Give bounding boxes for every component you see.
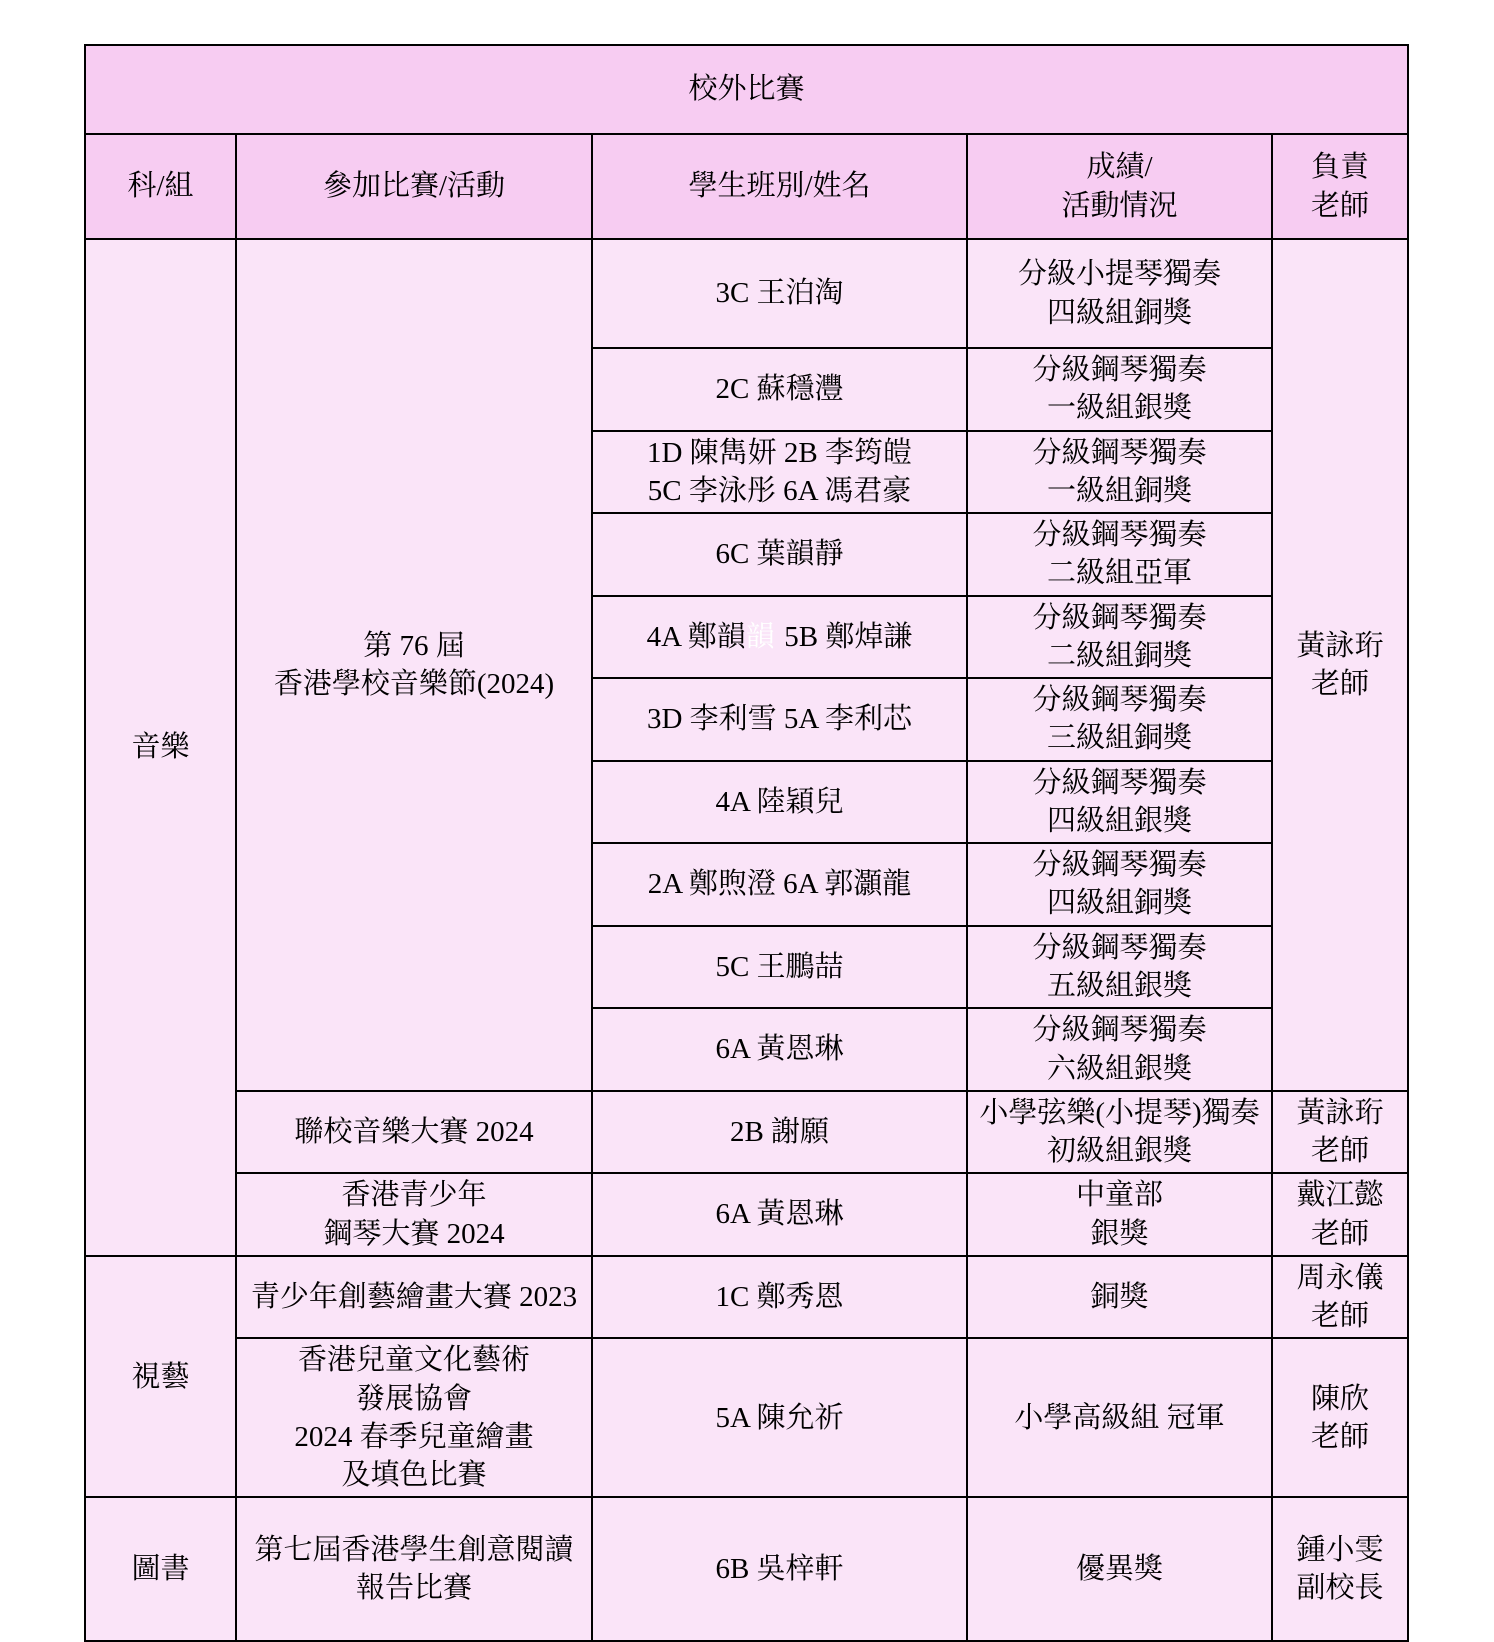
students-cell: 6A 黃恩琳 bbox=[592, 1008, 967, 1091]
activity-cell-creative-reading: 第七屆香港學生創意閱讀 報告比賽 bbox=[236, 1497, 592, 1641]
students-cell: 6B 吳梓軒 bbox=[592, 1497, 967, 1641]
result-cell: 分級鋼琴獨奏 二級組亞軍 bbox=[967, 513, 1272, 596]
teacher-cell: 戴江懿 老師 bbox=[1272, 1173, 1408, 1256]
activity-cell-joint-school-music: 聯校音樂大賽 2024 bbox=[236, 1091, 592, 1174]
result-cell: 小學弦樂(小提琴)獨奏 初級組銀獎 bbox=[967, 1091, 1272, 1174]
subject-cell-visual-arts: 視藝 bbox=[85, 1256, 236, 1498]
teacher-cell: 黃詠珩 老師 bbox=[1272, 239, 1408, 1091]
result-cell: 分級小提琴獨奏 四級組銅獎 bbox=[967, 239, 1272, 348]
result-cell: 分級鋼琴獨奏 四級組銅獎 bbox=[967, 843, 1272, 926]
students-cell: 5C 王鵬喆 bbox=[592, 926, 967, 1009]
subject-cell-music: 音樂 bbox=[85, 239, 236, 1256]
header-students: 學生班別/姓名 bbox=[592, 134, 967, 239]
students-cell: 2A 鄭煦澄 6A 郭灝龍 bbox=[592, 843, 967, 926]
competition-table: 校外比賽 科/組 參加比賽/活動 學生班別/姓名 成績/ 活動情況 負責 老師 … bbox=[84, 44, 1409, 1642]
students-cell-with-hidden-char: 4A 鄭韻韻5B 鄭焯謙 bbox=[592, 596, 967, 679]
result-cell: 銅獎 bbox=[967, 1256, 1272, 1339]
activity-cell-hk-youth-piano: 香港青少年 鋼琴大賽 2024 bbox=[236, 1173, 592, 1256]
result-cell: 分級鋼琴獨奏 一級組銀獎 bbox=[967, 348, 1272, 431]
students-cell: 5A 陳允祈 bbox=[592, 1338, 967, 1497]
activity-cell-music-festival: 第 76 屆 香港學校音樂節(2024) bbox=[236, 239, 592, 1091]
students-cell: 3C 王泊淘 bbox=[592, 239, 967, 348]
teacher-cell: 黃詠珩 老師 bbox=[1272, 1091, 1408, 1174]
students-cell: 1C 鄭秀恩 bbox=[592, 1256, 967, 1339]
result-cell: 分級鋼琴獨奏 六級組銀獎 bbox=[967, 1008, 1272, 1091]
teacher-cell: 陳欣 老師 bbox=[1272, 1338, 1408, 1497]
activity-cell-youth-art-contest: 青少年創藝繪畫大賽 2023 bbox=[236, 1256, 592, 1339]
students-cell: 6A 黃恩琳 bbox=[592, 1173, 967, 1256]
table-row: 香港青少年 鋼琴大賽 2024 6A 黃恩琳 中童部 銀獎 戴江懿 老師 bbox=[85, 1173, 1408, 1256]
result-cell: 分級鋼琴獨奏 三級組銅獎 bbox=[967, 678, 1272, 761]
result-cell: 優異獎 bbox=[967, 1497, 1272, 1641]
students-cell: 2C 蘇穩灃 bbox=[592, 348, 967, 431]
students-visible-suffix: 5B 鄭焯謙 bbox=[784, 621, 912, 653]
students-cell: 1D 陳雋妍 2B 李筠皚 5C 李泳彤 6A 馮君豪 bbox=[592, 431, 967, 514]
table-title-row: 校外比賽 bbox=[85, 45, 1408, 134]
header-subject: 科/組 bbox=[85, 134, 236, 239]
result-cell: 分級鋼琴獨奏 二級組銅獎 bbox=[967, 596, 1272, 679]
result-cell: 中童部 銀獎 bbox=[967, 1173, 1272, 1256]
students-cell: 2B 謝願 bbox=[592, 1091, 967, 1174]
header-teacher: 負責 老師 bbox=[1272, 134, 1408, 239]
result-cell: 分級鋼琴獨奏 四級組銀獎 bbox=[967, 761, 1272, 844]
hidden-white-character: 韻 bbox=[746, 621, 775, 653]
table-row: 視藝 青少年創藝繪畫大賽 2023 1C 鄭秀恩 銅獎 周永儀 老師 bbox=[85, 1256, 1408, 1339]
result-cell: 小學高級組 冠軍 bbox=[967, 1338, 1272, 1497]
subject-cell-library: 圖書 bbox=[85, 1497, 236, 1641]
table-row: 香港兒童文化藝術 發展協會 2024 春季兒童繪畫 及填色比賽 5A 陳允祈 小… bbox=[85, 1338, 1408, 1497]
students-cell: 4A 陸穎兒 bbox=[592, 761, 967, 844]
students-cell: 3D 李利雪 5A 李利芯 bbox=[592, 678, 967, 761]
students-cell: 6C 葉韻靜 bbox=[592, 513, 967, 596]
result-cell: 分級鋼琴獨奏 一級組銅獎 bbox=[967, 431, 1272, 514]
activity-cell-children-painting: 香港兒童文化藝術 發展協會 2024 春季兒童繪畫 及填色比賽 bbox=[236, 1338, 592, 1497]
result-cell: 分級鋼琴獨奏 五級組銀獎 bbox=[967, 926, 1272, 1009]
table-row: 圖書 第七屆香港學生創意閱讀 報告比賽 6B 吳梓軒 優異獎 鍾小雯 副校長 bbox=[85, 1497, 1408, 1641]
table-header-row: 科/組 參加比賽/活動 學生班別/姓名 成績/ 活動情況 負責 老師 bbox=[85, 134, 1408, 239]
header-result: 成績/ 活動情況 bbox=[967, 134, 1272, 239]
teacher-cell: 周永儀 老師 bbox=[1272, 1256, 1408, 1339]
table-row: 聯校音樂大賽 2024 2B 謝願 小學弦樂(小提琴)獨奏 初級組銀獎 黃詠珩 … bbox=[85, 1091, 1408, 1174]
header-activity: 參加比賽/活動 bbox=[236, 134, 592, 239]
table-row: 音樂 第 76 屆 香港學校音樂節(2024) 3C 王泊淘 分級小提琴獨奏 四… bbox=[85, 239, 1408, 348]
table-title: 校外比賽 bbox=[85, 45, 1408, 134]
teacher-cell: 鍾小雯 副校長 bbox=[1272, 1497, 1408, 1641]
students-visible-prefix: 4A 鄭韻 bbox=[647, 621, 746, 653]
